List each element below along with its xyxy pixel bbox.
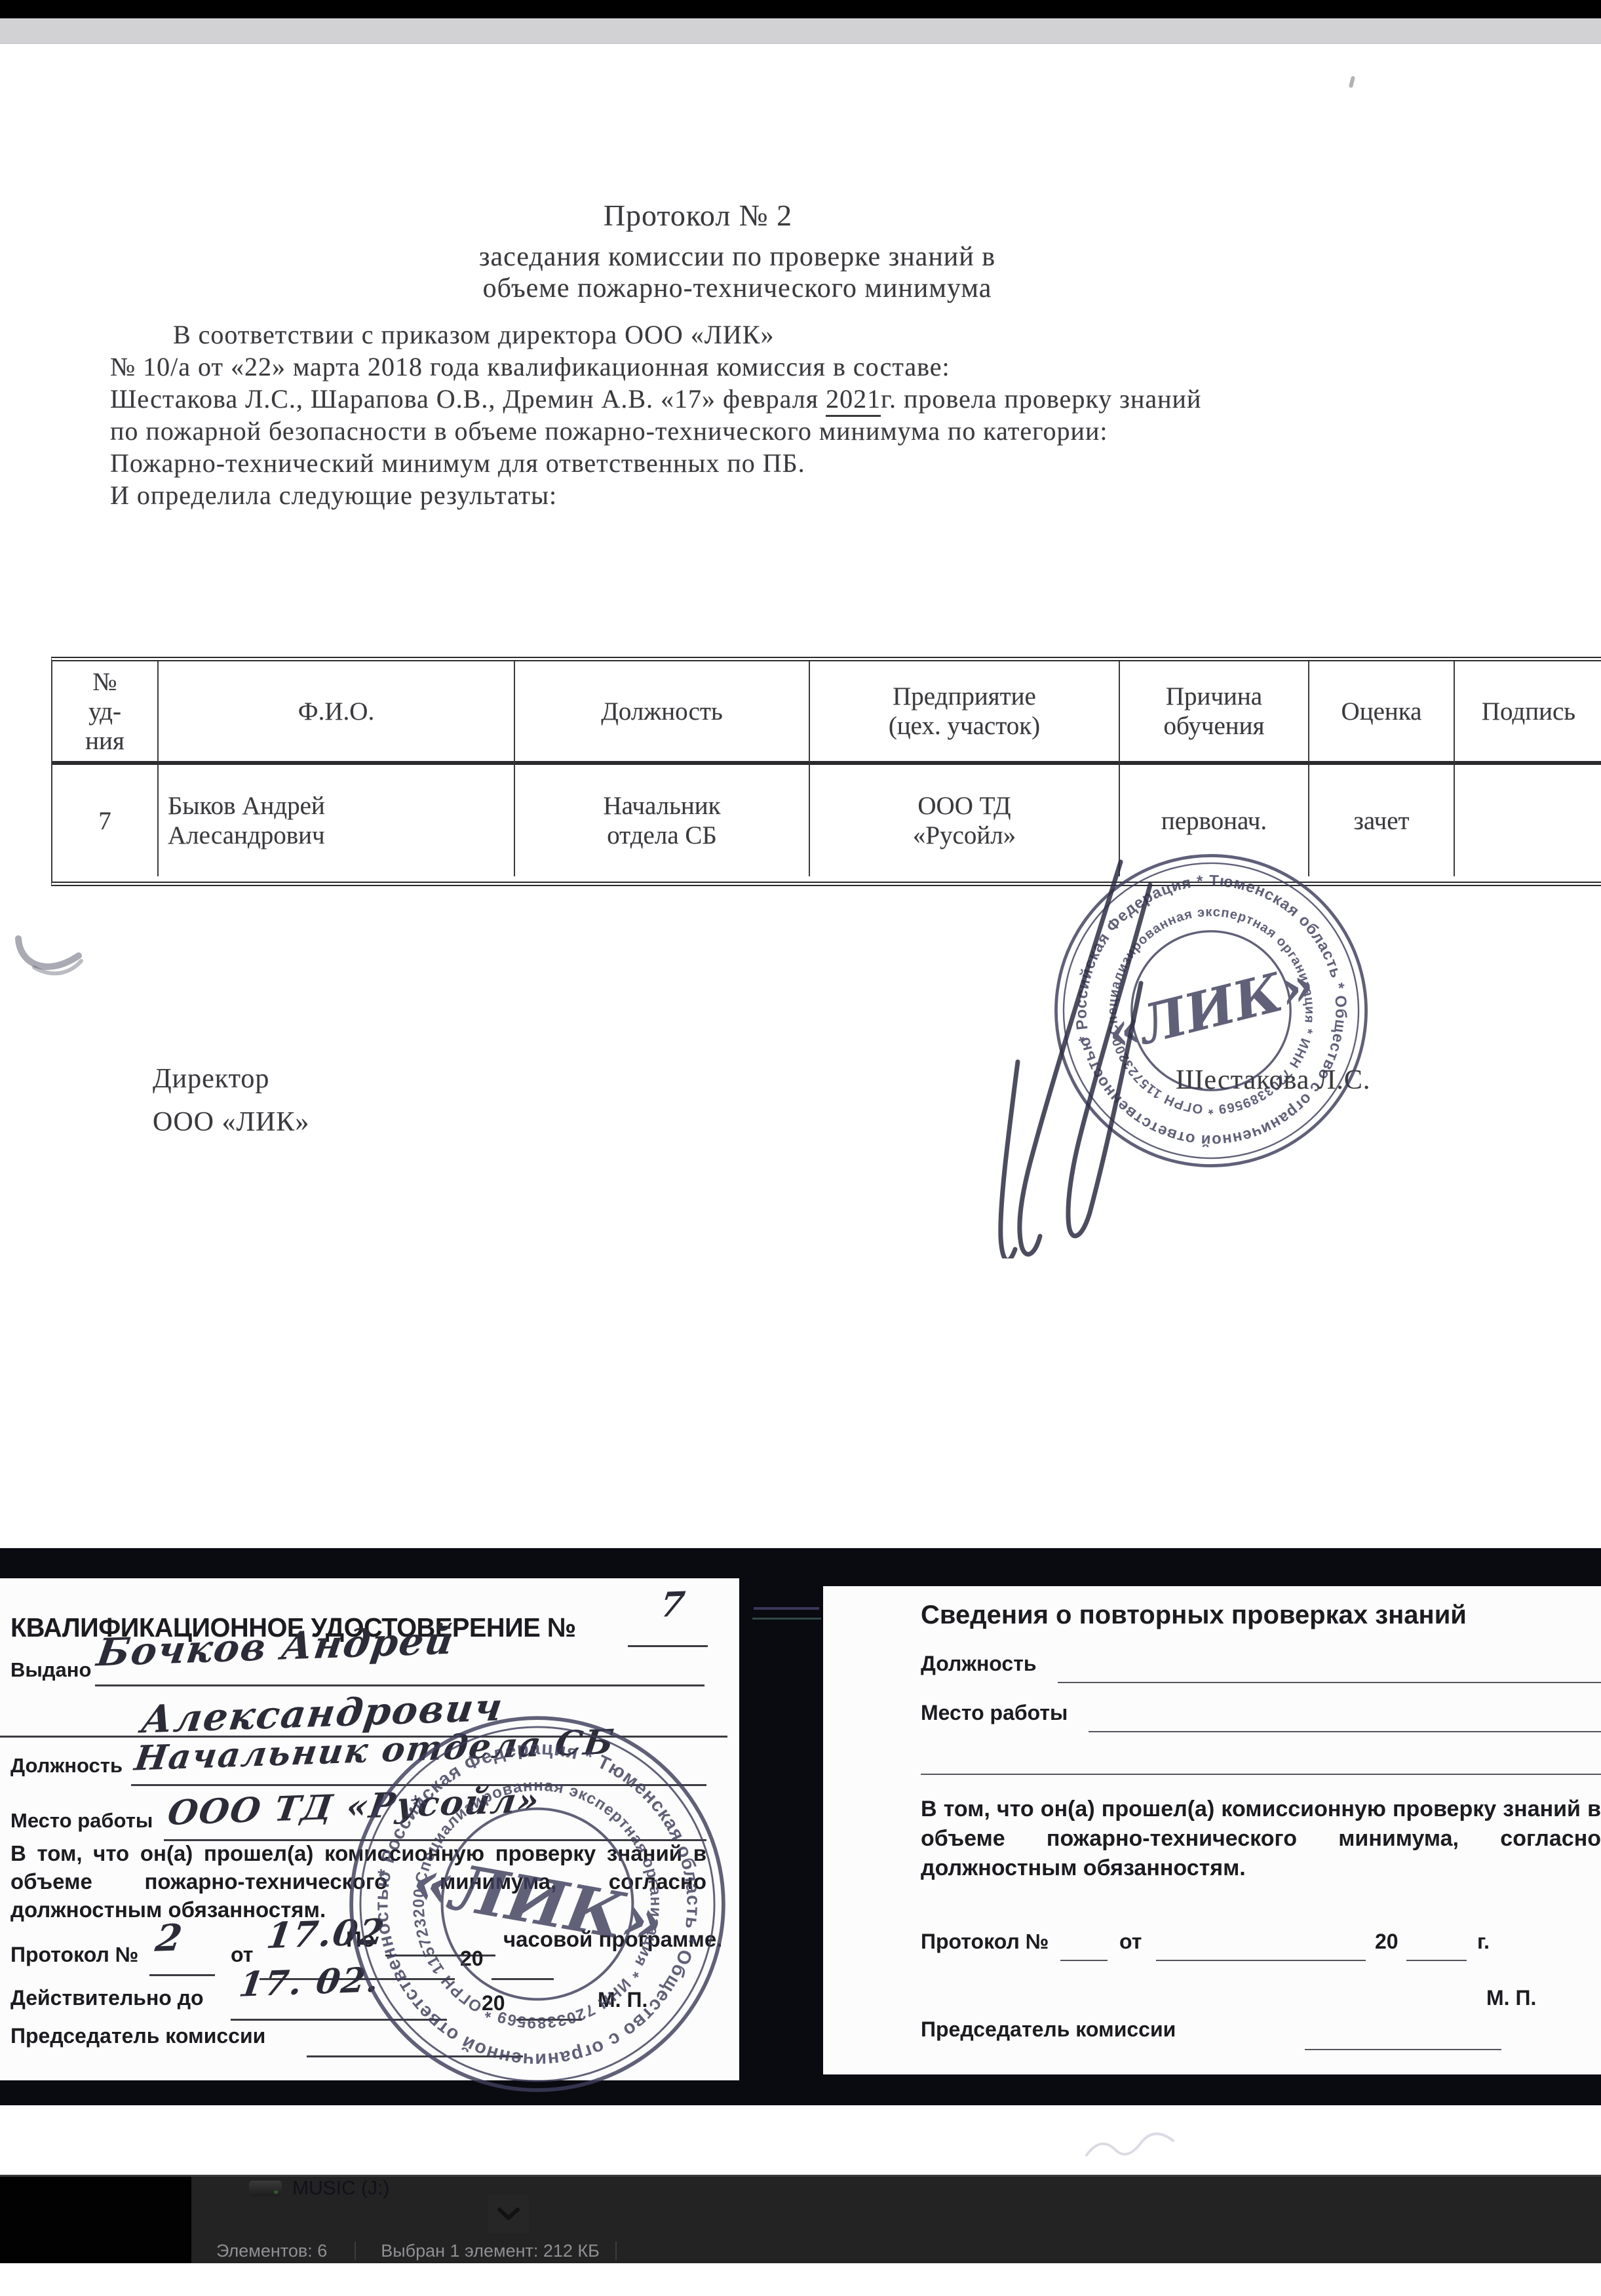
certificate-round-stamp: * Российская Федерация * Тюменская облас… [303,1675,772,2133]
blank-line-right [921,1774,1601,1775]
paragraph-line-3: Шестакова Л.С., Шарапова О.В., Дремин А.… [110,383,1375,415]
table-cell-signature [1455,765,1601,876]
status-bar: Элементов: 6 Выбран 1 элемент: 212 КБ [0,2238,1601,2263]
protocol-number-label: Протокол № [10,1943,138,1967]
results-table: № уд- ния Ф.И.О. Должность Предприятие (… [51,657,1601,886]
protocol-title: Протокол № 2 [79,198,1317,233]
chevron-down-icon [497,2208,520,2221]
hard-drive-icon [249,2181,282,2196]
drive-label: MUSIC (J:) [292,2177,389,2200]
from-label-right: от [1119,1930,1142,1954]
table-header-reason: Причина обучения [1120,661,1309,765]
file-manager-panel: MUSIC (J:) Элементов: 6 Выбран 1 элемент… [0,2177,1601,2263]
handwritten-certificate-number: 7 [658,1584,689,1625]
year-line-right [1406,1960,1467,1961]
table-cell-number: 7 [52,765,159,876]
paragraph-line-6: И определила следующие результаты: [110,479,1375,511]
workplace-label: Место работы [10,1809,153,1833]
table-header-number: № уд- ния [52,661,159,765]
repeat-checks-title: Сведения о повторных проверках знаний [921,1601,1467,1630]
paragraph-line-4: по пожарной безопасности в объеме пожарн… [110,415,1375,447]
protocol-from-label: от [231,1943,253,1967]
title-gray-strip [0,18,1601,44]
line3-post: г. провела проверку знаний [881,384,1201,414]
screenshot-root: { "protocol": { "title": "Протокол № 2",… [0,0,1601,2296]
director-label-2: ООО «ЛИК» [153,1106,309,1138]
table-header-signature: Подпись [1455,661,1601,765]
issued-label: Выдано [10,1658,91,1682]
year-prefix-right: 20 [1375,1930,1398,1954]
protocol-number-line [149,1974,215,1976]
scan-smudge-crescent [5,923,97,995]
expand-chevron-button[interactable] [488,2195,529,2233]
certificate-right-page: Сведения о повторных проверках знаний До… [823,1586,1601,2074]
status-selection: Выбран 1 элемент: 212 КБ [381,2241,600,2261]
protocol-paragraph: В соответствии с приказом директора ООО … [110,319,1375,511]
director-label-1: Директор [153,1063,269,1095]
chairman-line-right [1305,2049,1501,2050]
valid-until-label: Действительно до [10,1986,204,2010]
statement-right: В том, что он(а) прошел(а) комиссионную … [921,1795,1601,1883]
cert-stamp-center-text: «ЛИК» [406,1842,668,1960]
binding-scratch-2 [752,1618,821,1620]
protocol-subtitle-1: заседания комиссии по проверке знаний в [111,241,1363,273]
protocol-label-right: Протокол № [921,1930,1049,1954]
position-label-right: Должность [921,1652,1037,1676]
protocol-number-line-right [1060,1960,1108,1961]
handwritten-protocol-number: 2 [153,1916,186,1960]
director-signature [954,846,1176,1258]
table-cell-fio: Быков Андрей Алесандрович [159,765,515,876]
mp-label-right: М. П. [1486,1986,1536,2010]
position-line-right [1058,1682,1601,1683]
paragraph-line-5: Пожарно-технический минимум для ответств… [110,447,1375,479]
scan-speck [1349,76,1355,88]
chairman-label-left: Председатель комиссии [10,2024,265,2048]
line3-pre: Шестакова Л.С., Шарапова О.В., Дремин А.… [110,384,826,414]
number-line [628,1645,708,1647]
table-header-enterprise: Предприятие (цех. участок) [810,661,1120,765]
position-label: Должность [10,1754,123,1778]
table-header-grade: Оценка [1309,661,1455,765]
top-black-bar [0,0,1601,18]
line3-underlined-year: 2021 [826,384,881,417]
chairman-label-right: Председатель комиссии [921,2017,1176,2042]
paragraph-line-1: В соответствии с приказом директора ООО … [110,319,1375,351]
drive-tree-item-music[interactable]: MUSIC (J:) [249,2177,459,2204]
year-suffix-right: г. [1477,1930,1490,1954]
table-cell-position: Начальник отдела СБ [515,765,810,876]
protocol-subtitle-2: объеме пожарно-технического минимума [111,273,1363,304]
table-header-fio: Ф.И.О. [159,661,515,765]
status-items-count: Элементов: 6 [216,2241,327,2261]
protocol-date-line-right [1156,1960,1366,1961]
workplace-label-right: Место работы [921,1701,1068,1725]
workplace-line-right [1089,1731,1601,1732]
binding-scratch-1 [754,1607,819,1610]
scan-scribble [1081,2129,1193,2168]
paragraph-line-2: № 10/а от «22» марта 2018 года квалифика… [110,351,1375,383]
table-header-position: Должность [515,661,810,765]
status-divider-1 [355,2242,356,2260]
status-divider-2 [615,2242,617,2260]
